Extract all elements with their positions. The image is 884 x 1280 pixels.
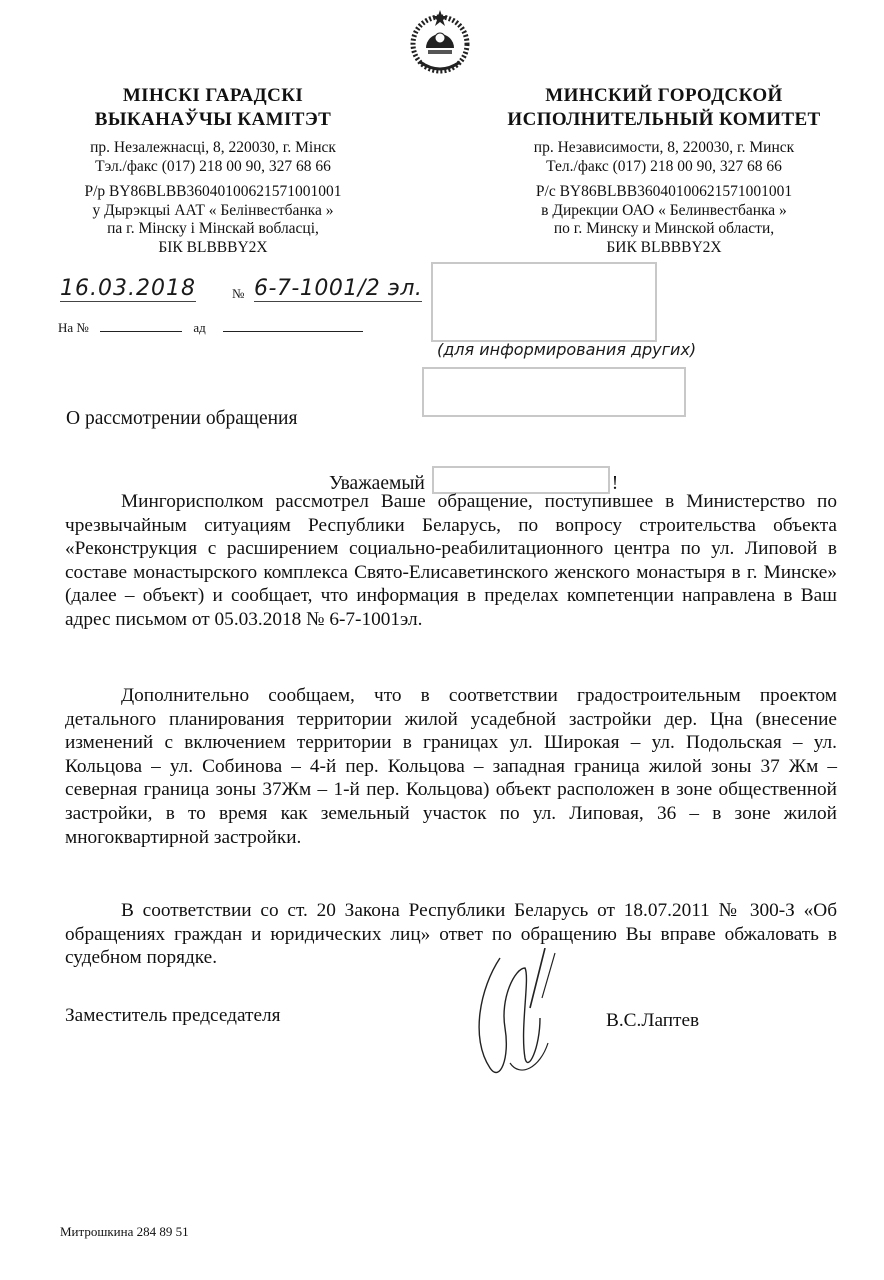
address: пр. Незалежнасці, 8, 220030, г. Мінск xyxy=(48,139,378,158)
coat-of-arms-icon xyxy=(402,4,478,76)
phone: Тел./факс (017) 218 00 90, 327 68 66 xyxy=(492,158,836,177)
body-paragraph-2: Дополнительно сообщаем, что в соответств… xyxy=(65,684,837,849)
subject-line: О рассмотрении обращения xyxy=(66,408,297,430)
phone: Тэл./факс (017) 218 00 90, 327 68 66 xyxy=(48,158,378,177)
bank-line1: у Дырэкцыі ААТ « Белінвестбанка » xyxy=(48,202,378,221)
bank-account: Р/с BY86BLBB36040100621571001001 xyxy=(492,183,836,202)
reply-from-label: ад xyxy=(193,320,205,335)
executor-contact: Митрошкина 284 89 51 xyxy=(60,1224,189,1240)
org-name-line1: МИНСКИЙ ГОРОДСКОЙ xyxy=(492,84,836,108)
number-sign: № xyxy=(232,286,244,302)
reply-to-blank xyxy=(100,331,182,332)
org-name-line2: ВЫКАНАЎЧЫ КАМІТЭТ xyxy=(48,108,378,132)
signatory-title: Заместитель председателя xyxy=(65,1005,281,1027)
bank-account: Р/р BY86BLBB36040100621571001001 xyxy=(48,183,378,202)
reply-reference-row: На № ад xyxy=(58,320,363,336)
body-paragraph-3: В соответствии со ст. 20 Закона Республи… xyxy=(65,899,837,970)
letterhead-belarusian: МІНСКІ ГАРАДСКІ ВЫКАНАЎЧЫ КАМІТЭТ пр. Не… xyxy=(48,84,378,257)
bank-line2: па г. Мінску і Мінскай вобласці, xyxy=(48,220,378,239)
bic: БІК BLBBBY2X xyxy=(48,239,378,258)
bic: БИК BLBBBY2X xyxy=(492,239,836,258)
body-paragraph-1: Мингорисполком рассмотрел Ваше обращение… xyxy=(65,490,837,632)
redacted-addressee-box-2 xyxy=(422,367,686,417)
letterhead-russian: МИНСКИЙ ГОРОДСКОЙ ИСПОЛНИТЕЛЬНЫЙ КОМИТЕТ… xyxy=(492,84,836,257)
address: пр. Независимости, 8, 220030, г. Минск xyxy=(492,139,836,158)
registration-date: 16.03.2018 xyxy=(60,276,196,302)
bank-line2: по г. Минску и Минской области, xyxy=(492,220,836,239)
handwritten-signature-icon xyxy=(470,948,590,1088)
bank-line1: в Дирекции ОАО « Белинвестбанка » xyxy=(492,202,836,221)
addressee-note: (для информирования других) xyxy=(437,340,696,359)
org-name-line2: ИСПОЛНИТЕЛЬНЫЙ КОМИТЕТ xyxy=(492,108,836,132)
reply-from-blank xyxy=(223,331,363,332)
reply-to-label: На № xyxy=(58,320,89,335)
org-name-line1: МІНСКІ ГАРАДСКІ xyxy=(48,84,378,108)
redacted-addressee-box xyxy=(431,262,657,342)
registration-number: 6-7-1001/2 эл. xyxy=(254,276,422,302)
signatory-name: В.С.Лаптев xyxy=(606,1010,699,1032)
